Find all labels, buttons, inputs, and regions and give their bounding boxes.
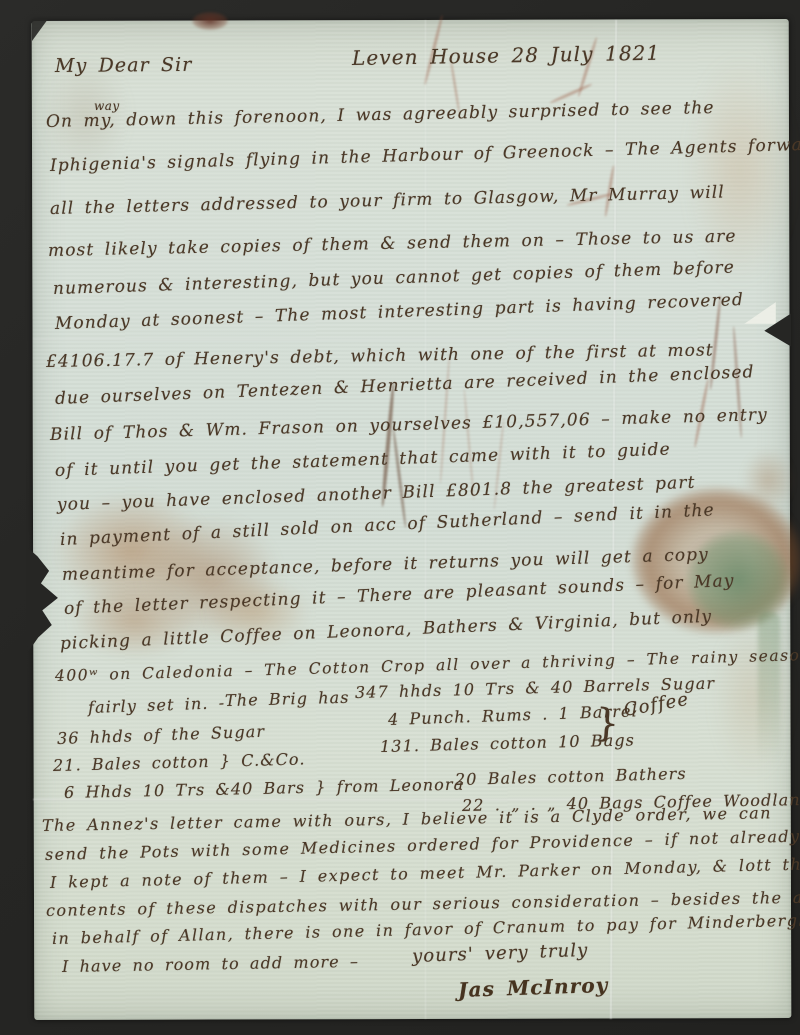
manifest-brig-intro: The Brig has <box>225 688 350 710</box>
foxing-stain <box>688 55 792 285</box>
top-edge-stain <box>192 12 228 30</box>
stamp-bleed-mark <box>758 612 780 762</box>
letter-photo: My Dear Sir Leven House 28 July 1821 way… <box>0 0 800 1035</box>
salutation: My Dear Sir <box>55 54 193 77</box>
foxing-stain <box>712 615 792 780</box>
ink-stain <box>742 448 794 512</box>
manifest-brace: } <box>593 700 621 746</box>
